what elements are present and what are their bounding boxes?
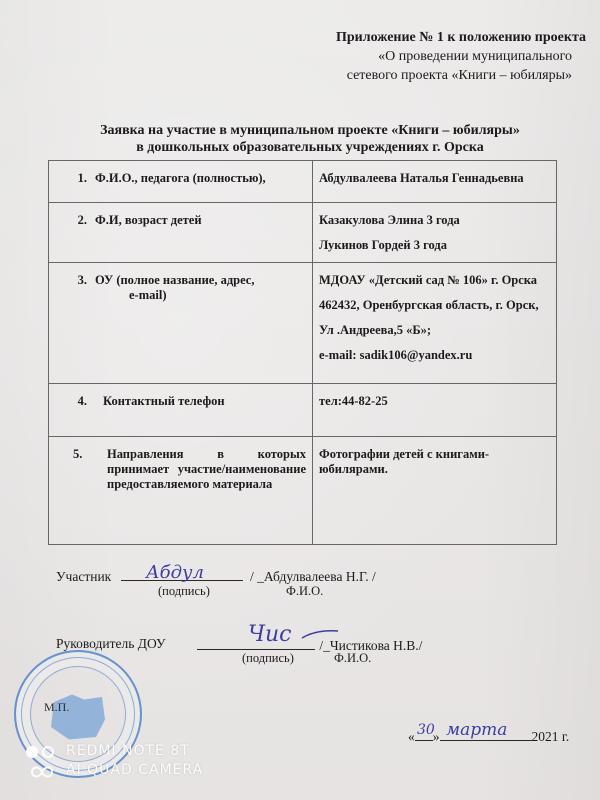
value-line: e-mail: sadik106@yandex.ru (319, 348, 550, 363)
participant-signature-line: Участник / _Абдулвалеева Н.Г. / (56, 567, 376, 585)
table-row: 4.Контактный телефон тел:44-82-25 (49, 384, 557, 437)
appendix-title: Приложение № 1 к положению проекта (336, 28, 586, 47)
watermark-line-1: REDMI NOTE 8T (66, 742, 203, 761)
appendix-line-2: «О проведении муниципального (336, 47, 586, 66)
heading-line-2: в дошкольных образовательных учреждениях… (60, 139, 560, 156)
participant-name: / _Абдулвалеева Н.Г. / (250, 569, 376, 584)
row-value: тел:44-82-25 (313, 384, 557, 437)
row-label-block: 5.Направления в которых принимает участи… (59, 447, 306, 492)
value-line: Лукинов Гордей 3 года (319, 238, 550, 253)
table-row: 3.ОУ (полное название, адрес, e-mail) МД… (49, 263, 557, 384)
participant-signature-caption: (подпись) (158, 584, 210, 599)
value-line: 462432, Оренбургская область, г. Орск, (319, 298, 550, 313)
row-number: 4. (59, 394, 87, 409)
row-value: МДОАУ «Детский сад № 106» г. Орска 46243… (313, 263, 557, 384)
participant-name-caption: Ф.И.О. (286, 584, 323, 599)
table-row: 5.Направления в которых принимает участи… (49, 437, 557, 545)
date-day-ink: 30 (417, 722, 435, 738)
row-label-text: Направления в которых принимает участие/… (107, 447, 306, 491)
document-heading: Заявка на участие в муниципальном проект… (60, 122, 560, 156)
director-signature-ink: Чис (248, 622, 292, 647)
row-value: Казакулова Элина 3 года Лукинов Гордей 3… (313, 203, 557, 263)
appendix-line-3: сетевого проекта «Книги – юбиляры» (336, 66, 586, 85)
value-line: Ул .Андреева,5 «Б»; (319, 323, 550, 338)
row-label: 2.Ф.И, возраст детей (49, 203, 313, 263)
director-signature-stroke (300, 628, 340, 640)
row-number: 2. (59, 213, 87, 228)
director-role: Руководитель ДОУ (56, 636, 166, 651)
row-label-line-2: e-mail) (59, 288, 306, 303)
row-label: 1.Ф.И.О., педагога (полностью), (49, 161, 313, 203)
watermark-line-2: AI QUAD CAMERA (66, 761, 203, 780)
watermark-ring-icon (42, 746, 54, 758)
value-line: МДОАУ «Детский сад № 106» г. Орска (319, 273, 550, 288)
row-label-text: Ф.И.О., педагога (полностью), (95, 171, 266, 185)
date-year: 2021 г. (532, 729, 570, 744)
watermark-dot-icon (26, 746, 38, 758)
stamp-label: М.П. (44, 700, 69, 715)
table-row: 1.Ф.И.О., педагога (полностью), Абдулвал… (49, 161, 557, 203)
row-label-text: ОУ (полное название, адрес, (95, 273, 255, 287)
row-number: 3. (59, 273, 87, 288)
value-line: Казакулова Элина 3 года (319, 213, 550, 228)
heading-line-1: Заявка на участие в муниципальном проект… (60, 122, 560, 139)
appendix-header: Приложение № 1 к положению проекта «О пр… (336, 28, 586, 85)
value-line: тел:44-82-25 (319, 394, 550, 409)
director-signature-caption: (подпись) (242, 651, 294, 666)
row-label-text: Контактный телефон (103, 394, 225, 408)
date-open-quote: « (408, 729, 415, 744)
table-row: 2.Ф.И, возраст детей Казакулова Элина 3 … (49, 203, 557, 263)
row-label: 5.Направления в которых принимает участи… (49, 437, 313, 545)
row-value: Фотографии детей с книгами-юбилярами. (313, 437, 557, 545)
row-number: 1. (59, 171, 87, 186)
row-label: 4.Контактный телефон (49, 384, 313, 437)
row-number: 5. (73, 447, 99, 462)
participant-signature-ink: Абдул (146, 562, 204, 583)
value-line: Фотографии детей с книгами-юбилярами. (319, 447, 519, 477)
camera-watermark: REDMI NOTE 8T AI QUAD CAMERA (24, 742, 203, 780)
row-label-text: Ф.И, возраст детей (95, 213, 202, 227)
participant-role: Участник (56, 569, 111, 584)
director-name-caption: Ф.И.О. (334, 651, 371, 666)
value-line: Абдулвалеева Наталья Геннадьевна (319, 171, 550, 186)
watermark-infinity-icon (24, 764, 60, 780)
row-value: Абдулвалеева Наталья Геннадьевна (313, 161, 557, 203)
application-table: 1.Ф.И.О., педагога (полностью), Абдулвал… (48, 160, 557, 545)
date-month-ink: марта (446, 720, 507, 740)
row-label: 3.ОУ (полное название, адрес, e-mail) (49, 263, 313, 384)
